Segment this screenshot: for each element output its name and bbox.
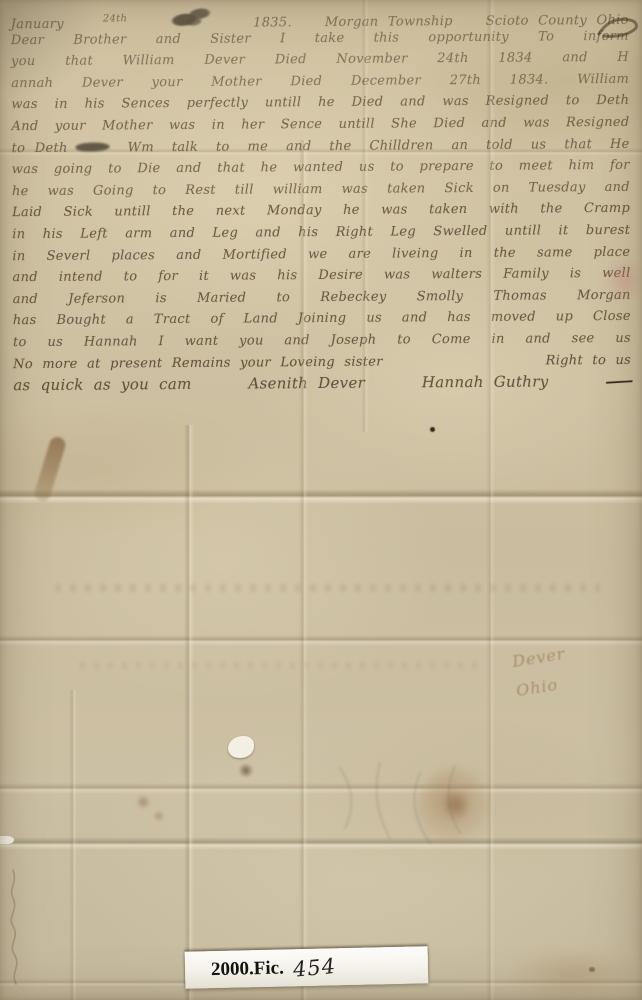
- letter-line-part: to Deth: [12, 137, 68, 159]
- faint-pencil-inscription: [0, 852, 34, 992]
- ink-speck: [430, 427, 435, 432]
- closing-text-2: as quick as you cam: [13, 374, 191, 397]
- ink-bleedthrough-ghost-line: [80, 662, 480, 669]
- bottom-mottling-stain: [505, 948, 642, 1000]
- pen-flourish: [596, 12, 642, 44]
- letter-scan-page: January 24th 1835. Morgan Township Sciot…: [0, 0, 642, 1000]
- ink-dash: ——: [605, 370, 632, 393]
- bleedthrough-swirls: [320, 758, 480, 858]
- scribbled-out-word: [75, 141, 109, 151]
- closing-right-text: Right to us: [546, 349, 632, 371]
- vertical-fold-line: [184, 425, 194, 1000]
- bleedthrough-word: Dever: [511, 644, 567, 671]
- ink-blot: [167, 4, 215, 30]
- accession-number-handwritten: 454: [292, 953, 337, 981]
- paper-chip-loss: [228, 736, 254, 758]
- ink-bleedthrough-ghost-line: [55, 584, 600, 592]
- horizontal-fold-line: [0, 635, 642, 646]
- letter-body: January 24th 1835. Morgan Township Sciot…: [11, 4, 632, 397]
- accession-number-printed: 2000.Fic.: [211, 957, 284, 981]
- bleedthrough-word: Ohio: [515, 675, 560, 700]
- signature-asenith-dever: Asenith Dever: [248, 373, 365, 395]
- ink-speck: [589, 967, 595, 972]
- date-day-superscript: 24th: [103, 8, 128, 30]
- spot-stains: [130, 788, 174, 828]
- horizontal-fold-line: [0, 489, 642, 504]
- dark-spot-stain: [238, 764, 254, 777]
- vertical-fold-line: [69, 690, 77, 1000]
- brown-ink-streak-stain: [33, 435, 68, 503]
- closing-text: No more at present Remains your Loveing …: [13, 351, 383, 375]
- accession-label: 2000.Fic. 454: [185, 946, 429, 989]
- edge-tear-nick: [0, 836, 14, 844]
- signature-hannah-guthry: Hannah Guthry: [422, 372, 549, 394]
- signature-line: as quick as you cam Asenith Dever Hannah…: [13, 371, 631, 397]
